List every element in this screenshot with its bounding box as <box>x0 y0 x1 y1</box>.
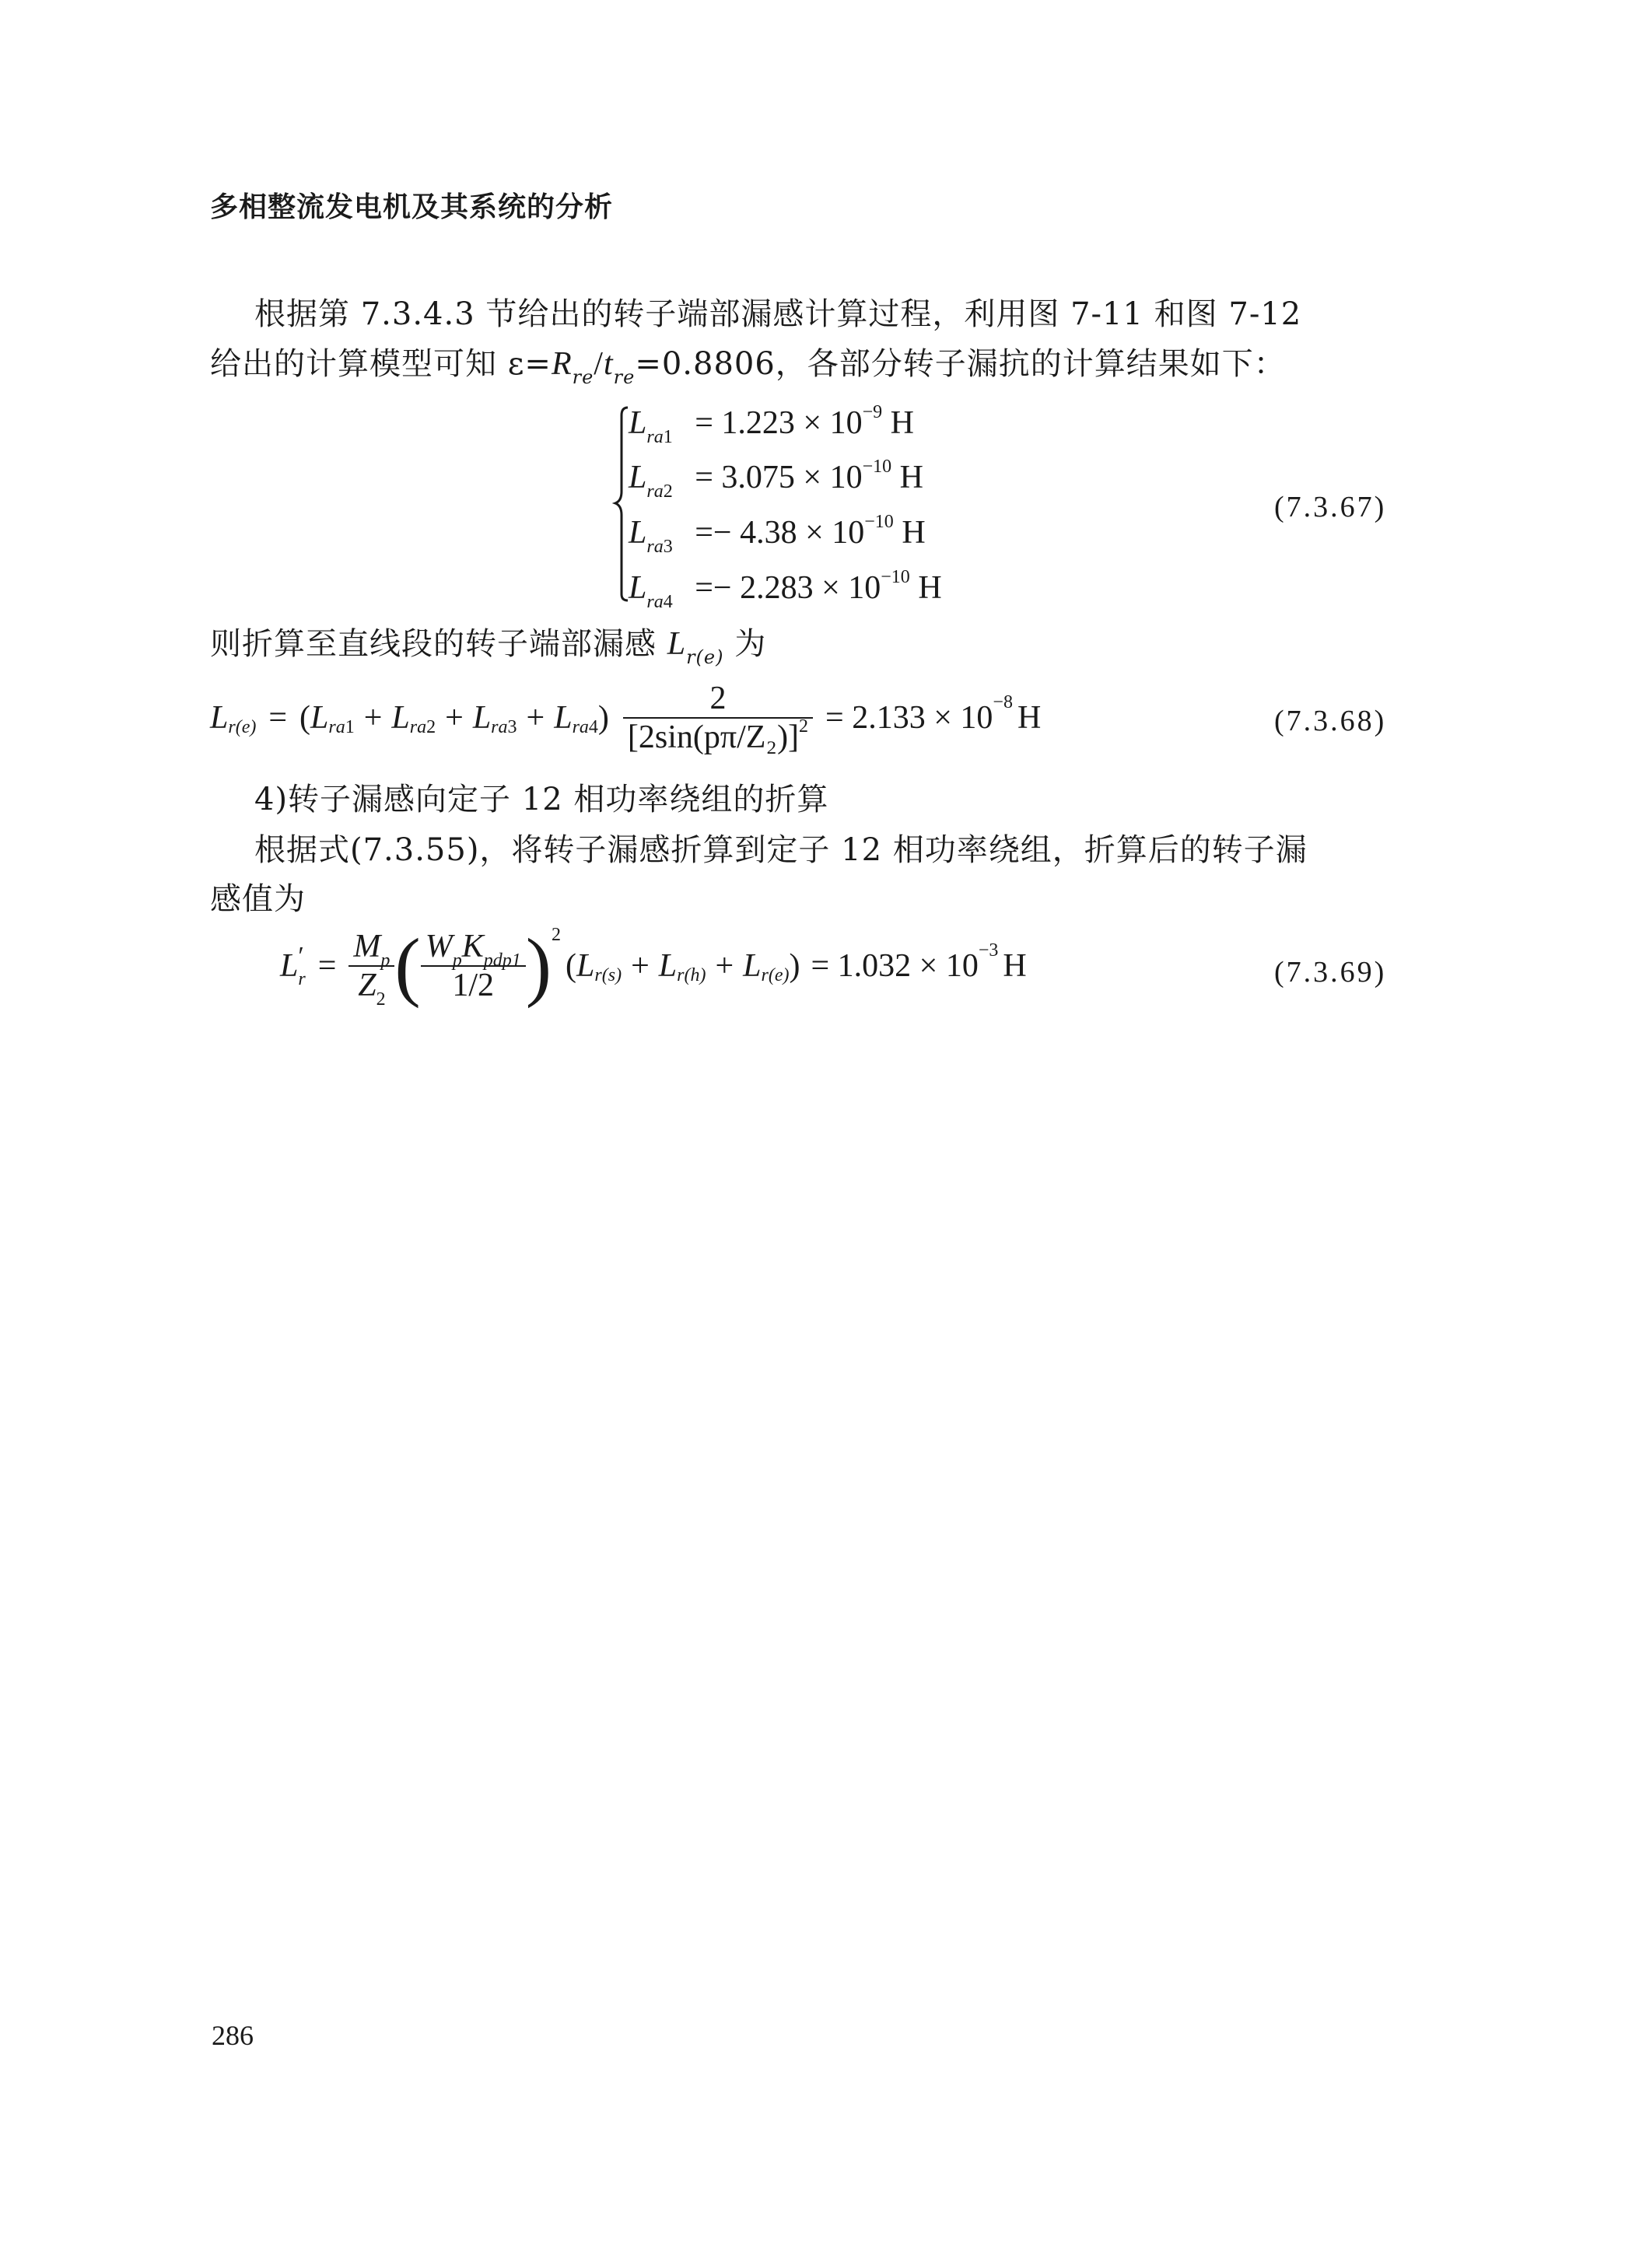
equation-row: Lra2 = 3.075 × 10−10 H <box>629 459 923 496</box>
subscript-index: 1 <box>664 427 673 447</box>
symbol-L: L <box>629 515 646 551</box>
plus: + <box>715 947 734 985</box>
equation-number: (7.3.67) <box>1274 490 1386 524</box>
equation-row: Lra1 = 1.223 × 10−9 H <box>629 404 914 442</box>
unit: H <box>902 515 925 551</box>
subscript-index: 4 <box>664 592 673 612</box>
symbol-M: M <box>353 929 380 964</box>
fraction: 2 [2sin(pπ/Z₂)]2 <box>623 680 813 756</box>
symbol-L: L <box>576 947 594 985</box>
big-paren-close: ) <box>526 927 552 1005</box>
equation-rhs: =− 4.38 × 10 <box>695 515 864 551</box>
paragraph-3-line-1: 根据式(7.3.55)，将转子漏感折算到定子 12 相功率绕组，折算后的转子漏 <box>254 828 1308 872</box>
plus: + <box>445 699 464 737</box>
subscript: ra <box>410 717 426 738</box>
text: 为 <box>723 626 766 662</box>
subscript: r(s) <box>594 965 622 986</box>
subscript-index: 3 <box>508 717 517 738</box>
slash: / <box>594 346 604 382</box>
unit: H <box>1003 947 1026 985</box>
symbol-L: L <box>554 699 572 737</box>
section-heading: 4)转子漏感向定子 12 相功率绕组的折算 <box>254 778 828 821</box>
exponent: −10 <box>863 457 892 477</box>
subscript-index: 3 <box>664 537 673 557</box>
subscript-index: 4 <box>589 717 598 738</box>
equation-result: = 1.032 × 10 <box>811 947 978 985</box>
equation-7-3-68: Lr(e) = ( Lra1 + Lra2 + Lra3 + Lra4 ) 2 … <box>210 680 1041 756</box>
symbol-L: L <box>280 947 298 985</box>
symbol-L: L <box>391 699 409 737</box>
fraction-numerator: WpKpdp1 <box>421 928 526 965</box>
symbol-L: L <box>629 405 646 441</box>
subscript-index: 2 <box>664 481 673 502</box>
plus: + <box>631 947 650 985</box>
equation-result: = 2.133 × 10 <box>825 699 993 737</box>
subscript: p <box>453 950 462 971</box>
equation-rhs: = 1.223 × 10 <box>695 405 862 441</box>
subscript: ra <box>573 717 589 738</box>
equation-rhs: =− 2.283 × 10 <box>695 570 881 606</box>
equals: = <box>318 947 337 985</box>
exponent: 2 <box>799 716 808 737</box>
fraction-mp-z2: Mp Z2 <box>348 928 394 1004</box>
subscript: re <box>614 366 636 388</box>
symbol-K: K <box>462 929 484 964</box>
symbol-W: W <box>426 929 453 964</box>
running-header: 多相整流发电机及其系统的分析 <box>210 185 613 225</box>
subscript-index: 2 <box>426 717 436 738</box>
text: =0.8806，各部分转子漏抗的计算结果如下： <box>635 346 1285 382</box>
denominator-text: [2sin(pπ/Z₂)] <box>628 719 799 755</box>
big-paren-open: ( <box>394 927 420 1005</box>
symbol-L: L <box>310 699 328 737</box>
symbol-L: L <box>743 947 761 985</box>
unit: H <box>900 460 923 495</box>
equation-row: Lra4 =− 2.283 × 10−10 H <box>629 569 942 607</box>
equation-number: (7.3.68) <box>1274 704 1386 738</box>
symbol-L: L <box>473 699 491 737</box>
subscript: 2 <box>376 989 386 1010</box>
equation-number: (7.3.69) <box>1274 955 1386 989</box>
paren-open: ( <box>566 947 576 985</box>
prime: ′ <box>298 943 305 970</box>
subscript: ra <box>491 717 507 738</box>
symbol-L: L <box>629 570 646 606</box>
equation-rhs: = 3.075 × 10 <box>695 460 862 495</box>
subscript: r(e) <box>761 965 789 986</box>
paren-close: ) <box>598 699 609 737</box>
exponent: −9 <box>863 402 883 422</box>
subscript: ra <box>646 427 663 447</box>
symbol-L: L <box>629 460 646 495</box>
subscript: r <box>298 970 305 989</box>
subscript: ra <box>646 537 663 557</box>
unit: H <box>1017 699 1041 737</box>
paragraph-3-line-2: 感值为 <box>210 877 306 921</box>
paragraph-2: 则折算至直线段的转子端部漏感 Lr(e) 为 <box>210 622 766 670</box>
fraction-numerator: Mp <box>348 928 394 965</box>
subscript: pdp1 <box>484 950 521 971</box>
symbol-R: R <box>552 346 573 382</box>
subscript: p <box>380 950 390 971</box>
fraction-denominator: [2sin(pπ/Z₂)]2 <box>623 717 813 756</box>
subscript: r(h) <box>677 965 706 986</box>
equation-row: Lra3 =− 4.38 × 10−10 H <box>629 514 926 551</box>
paren-close: ) <box>789 947 800 985</box>
symbol-L: L <box>210 699 228 737</box>
equals: = <box>268 699 287 737</box>
fraction-numerator: 2 <box>623 680 813 717</box>
exponent: −8 <box>993 692 1013 713</box>
exponent: −3 <box>979 940 999 961</box>
unit: H <box>918 570 941 606</box>
symbol-L: L <box>667 626 686 662</box>
fraction-winding: WpKpdp1 1/2 <box>421 928 526 1004</box>
paragraph-1-line-2: 给出的计算模型可知 ε=Rre/tre=0.8806，各部分转子漏抗的计算结果如… <box>210 342 1286 390</box>
paragraph-1-line-1: 根据第 7.3.4.3 节给出的转子端部漏感计算过程，利用图 7-11 和图 7… <box>254 292 1301 336</box>
subscript: r(e) <box>686 646 723 668</box>
symbol-t: t <box>604 346 614 382</box>
plus: + <box>527 699 545 737</box>
text: 则折算至直线段的转子端部漏感 <box>210 626 667 662</box>
subscript: re <box>573 366 594 388</box>
subscript: ra <box>328 717 345 738</box>
subscript: r(e) <box>228 717 256 738</box>
plus: + <box>364 699 383 737</box>
symbol-Z: Z <box>358 968 376 1003</box>
subscript: ra <box>646 592 663 612</box>
fraction-denominator: 1/2 <box>421 965 526 1004</box>
paren-open: ( <box>299 699 310 737</box>
exponent: −10 <box>864 512 894 532</box>
equation-7-3-69: L′r = Mp Z2 ( WpKpdp1 1/2 )2 ( Lr(s) + L… <box>280 927 1027 1005</box>
text: 给出的计算模型可知 ε= <box>210 346 552 382</box>
exponent: 2 <box>552 925 561 946</box>
unit: H <box>891 405 914 441</box>
fraction-denominator: Z2 <box>348 965 394 1004</box>
exponent: −10 <box>881 567 910 587</box>
page-number: 286 <box>212 2019 254 2052</box>
subscript: ra <box>646 481 663 502</box>
subscript-index: 1 <box>345 717 355 738</box>
symbol-L: L <box>659 947 677 985</box>
